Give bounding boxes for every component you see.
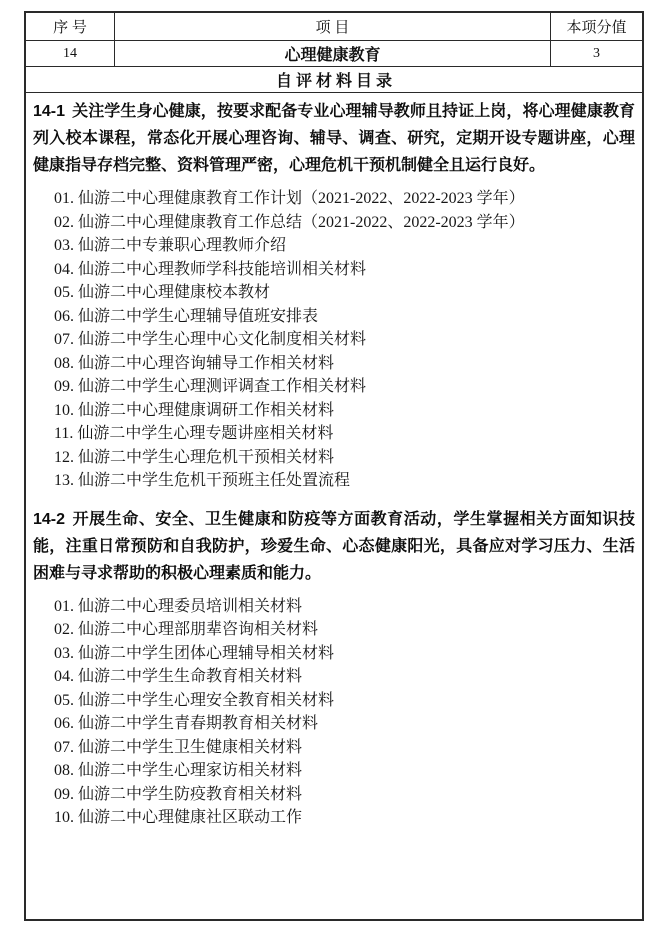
section-description-text: 关注学生身心健康，按要求配备专业心理辅导教师且持证上岗，将心理健康教育列入校本课… (33, 103, 635, 174)
section-14-1: 14-1关注学生身心健康，按要求配备专业心理辅导教师且持证上岗，将心理健康教育列… (33, 98, 635, 493)
catalog-item: 08. 仙游二中心理咨询辅导工作相关材料 (54, 352, 635, 376)
catalog-item: 09. 仙游二中学生防疫教育相关材料 (54, 783, 635, 807)
section-code: 14-1 (33, 103, 65, 120)
catalog-item: 08. 仙游二中学生心理家访相关材料 (54, 759, 635, 783)
catalog-item: 10. 仙游二中心理健康社区联动工作 (54, 806, 635, 830)
catalog-title-row: 自 评 材 料 目 录 (26, 67, 642, 93)
catalog-content: 14-1关注学生身心健康，按要求配备专业心理辅导教师且持证上岗，将心理健康教育列… (26, 93, 642, 919)
catalog-item: 04. 仙游二中心理教师学科技能培训相关材料 (54, 258, 635, 282)
section-14-2-items: 01. 仙游二中心理委员培训相关材料02. 仙游二中心理部朋辈咨询相关材料03.… (54, 595, 635, 830)
section-14-1-items: 01. 仙游二中心理健康教育工作计划（2021-2022、2022-2023 学… (54, 187, 635, 493)
catalog-item: 11. 仙游二中学生心理专题讲座相关材料 (54, 422, 635, 446)
table-value-row: 14 心理健康教育 3 (26, 41, 642, 67)
catalog-item: 03. 仙游二中专兼职心理教师介绍 (54, 234, 635, 258)
catalog-item: 03. 仙游二中学生团体心理辅导相关材料 (54, 642, 635, 666)
catalog-item: 12. 仙游二中学生心理危机干预相关材料 (54, 446, 635, 470)
catalog-item: 01. 仙游二中心理委员培训相关材料 (54, 595, 635, 619)
catalog-item: 09. 仙游二中学生心理测评调查工作相关材料 (54, 375, 635, 399)
section-14-2-description: 14-2开展生命、安全、卫生健康和防疫等方面教育活动，学生掌握相关方面知识技能，… (33, 506, 635, 587)
serial-number-value: 14 (26, 41, 115, 66)
catalog-item: 04. 仙游二中学生生命教育相关材料 (54, 665, 635, 689)
catalog-item: 07. 仙游二中学生卫生健康相关材料 (54, 736, 635, 760)
document-page: { "table": { "header": { "serial": "序 号"… (0, 0, 663, 930)
catalog-item: 05. 仙游二中心理健康校本教材 (54, 281, 635, 305)
catalog-item: 06. 仙游二中学生青春期教育相关材料 (54, 712, 635, 736)
section-description-text: 开展生命、安全、卫生健康和防疫等方面教育活动，学生掌握相关方面知识技能，注重日常… (33, 511, 635, 582)
catalog-item: 07. 仙游二中学生心理中心文化制度相关材料 (54, 328, 635, 352)
catalog-item: 02. 仙游二中心理部朋辈咨询相关材料 (54, 618, 635, 642)
catalog-item: 02. 仙游二中心理健康教育工作总结（2021-2022、2022-2023 学… (54, 211, 635, 235)
catalog-item: 05. 仙游二中学生心理安全教育相关材料 (54, 689, 635, 713)
header-serial-cell: 序 号 (26, 13, 115, 40)
catalog-item: 13. 仙游二中学生危机干预班主任处置流程 (54, 469, 635, 493)
section-code: 14-2 (33, 511, 65, 528)
item-title-value: 心理健康教育 (115, 41, 551, 66)
section-14-1-description: 14-1关注学生身心健康，按要求配备专业心理辅导教师且持证上岗，将心理健康教育列… (33, 98, 635, 179)
table-frame: 序 号 项 目 本项分值 14 心理健康教育 3 自 评 材 料 目 录 14-… (24, 11, 644, 921)
catalog-item: 06. 仙游二中学生心理辅导值班安排表 (54, 305, 635, 329)
header-item-cell: 项 目 (115, 13, 551, 40)
header-score-cell: 本项分值 (551, 13, 642, 40)
catalog-title: 自 评 材 料 目 录 (276, 68, 392, 91)
section-14-2: 14-2开展生命、安全、卫生健康和防疫等方面教育活动，学生掌握相关方面知识技能，… (33, 506, 635, 830)
score-value: 3 (551, 41, 642, 66)
catalog-item: 10. 仙游二中心理健康调研工作相关材料 (54, 399, 635, 423)
catalog-item: 01. 仙游二中心理健康教育工作计划（2021-2022、2022-2023 学… (54, 187, 635, 211)
table-header-row: 序 号 项 目 本项分值 (26, 13, 642, 41)
